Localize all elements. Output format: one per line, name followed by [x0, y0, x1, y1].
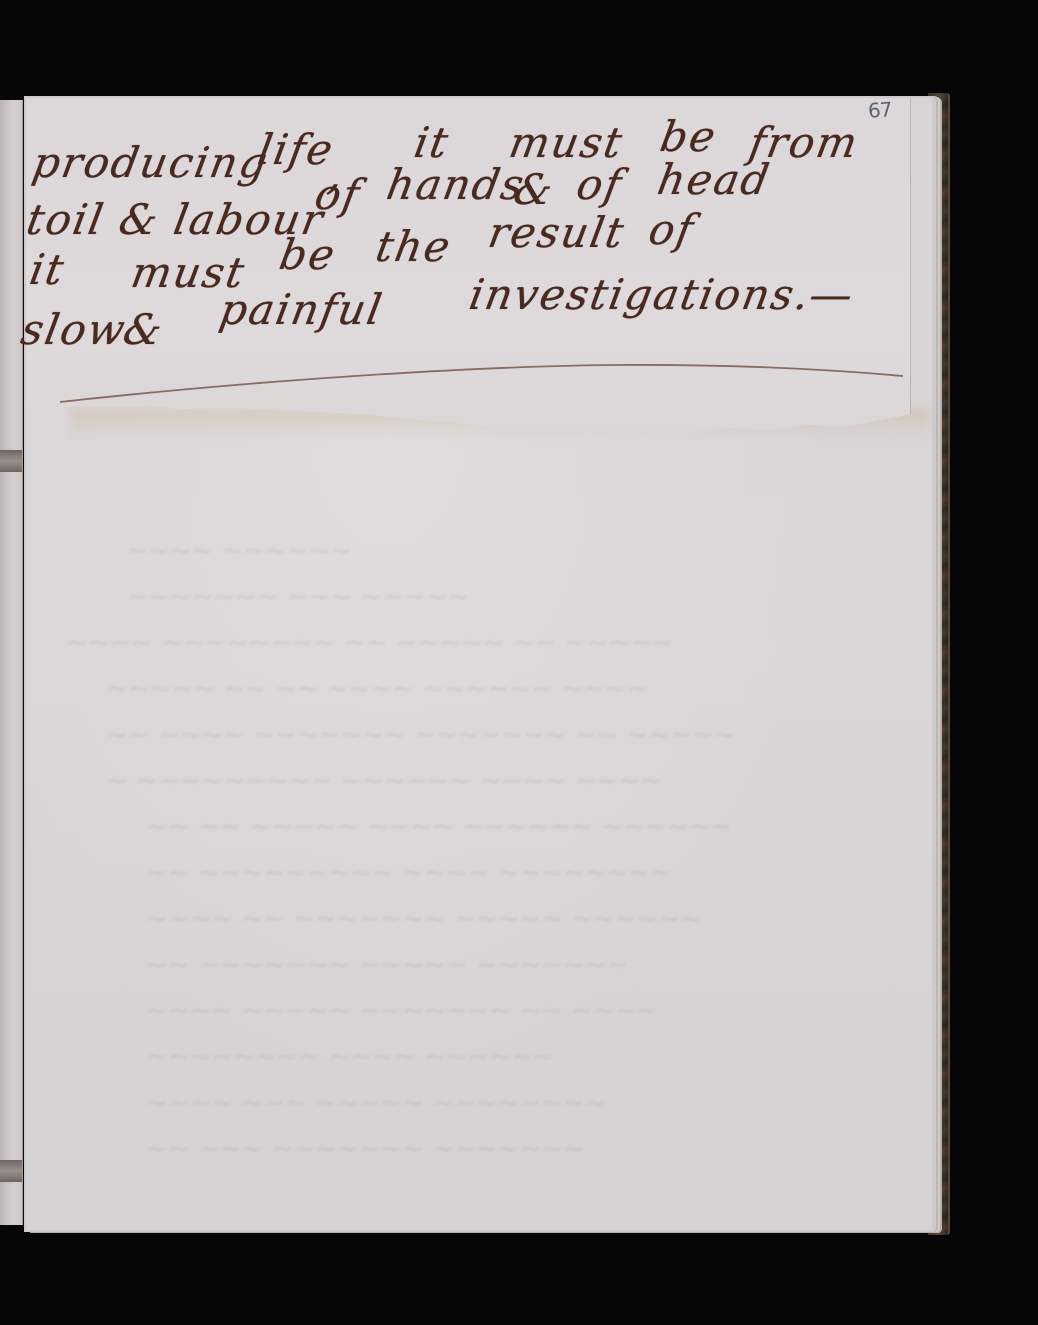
ink-rule-line: [58, 360, 908, 410]
hw-word: be: [657, 112, 721, 161]
hw-word: —: [806, 270, 859, 319]
hw-word: of: [311, 170, 364, 219]
bleed-line: ~~ ~~~~~~~~~ ~~~~ ~~~~~~~~: [146, 850, 906, 896]
hw-word: head: [654, 155, 774, 204]
hw-word: of: [645, 205, 698, 254]
bleed-line: ~~~~~ ~~ ~~ ~~~~ ~~~~~~ ~~~~: [106, 666, 906, 712]
bleed-line: ~~ ~~~~ ~~~~~~~ ~~~~~~~ ~~ ~~~~~: [106, 712, 906, 758]
binding-clip: [0, 450, 22, 472]
hw-word: of: [573, 160, 626, 209]
hw-word: life: [254, 125, 338, 174]
bleed-line: ~~ ~~~~~~~ ~~~~~ ~~~~~~~: [146, 942, 906, 988]
bleed-line: ~ ~~~~~~~~~ ~~~~~~ ~~~~ ~~~~: [106, 758, 906, 804]
previous-page-edge: [0, 100, 23, 1225]
bleed-line: ~~~~ ~~ ~~~~~~~ ~~~~~ ~~~~~~: [146, 896, 906, 942]
hw-word: investigations.: [466, 270, 815, 319]
bleed-line: ~~ ~~~ ~~~~~~~ ~~~~~~~: [146, 1126, 906, 1172]
photo-background: ~~~~ ~~~~~~ ~~~~~~~ ~~~ ~~~~~ ~~~~ ~~~~~…: [0, 0, 1038, 1325]
hw-word: be: [276, 230, 340, 279]
hw-word: slow: [18, 305, 131, 354]
bleed-line: ~~~~ ~~~ ~~~~~ ~~~~~~~~: [146, 1080, 906, 1126]
hw-word: painful: [216, 285, 387, 334]
bleed-line: ~~~~~~~ ~~~ ~~~~~: [126, 574, 906, 620]
hw-word: producing: [29, 138, 273, 187]
bleed-line: ~~ ~~ ~~~~~ ~~~~ ~~~~~~ ~~~~~~: [146, 804, 906, 850]
hw-word: the: [372, 222, 455, 271]
page-number: 67: [867, 97, 892, 123]
bleed-line: ~~~~ ~~~~~~~~ ~~ ~~~~~ ~~ ~~~~~: [66, 620, 906, 666]
binding-clip: [0, 1160, 22, 1182]
bleed-line: ~~~~ ~~~~~~: [126, 528, 906, 574]
bleed-line: ~~~~~~~~ ~~~~ ~~~~~~: [146, 1034, 906, 1080]
bleed-through-text: ~~~~ ~~~~~~ ~~~~~~~ ~~~ ~~~~~ ~~~~ ~~~~~…: [86, 528, 906, 1288]
hw-word: hands: [383, 160, 529, 209]
bleed-line: ~~~~ ~~~~~ ~~~~~~~ ~~ ~~~~: [146, 988, 906, 1034]
hw-word: result: [485, 208, 629, 257]
